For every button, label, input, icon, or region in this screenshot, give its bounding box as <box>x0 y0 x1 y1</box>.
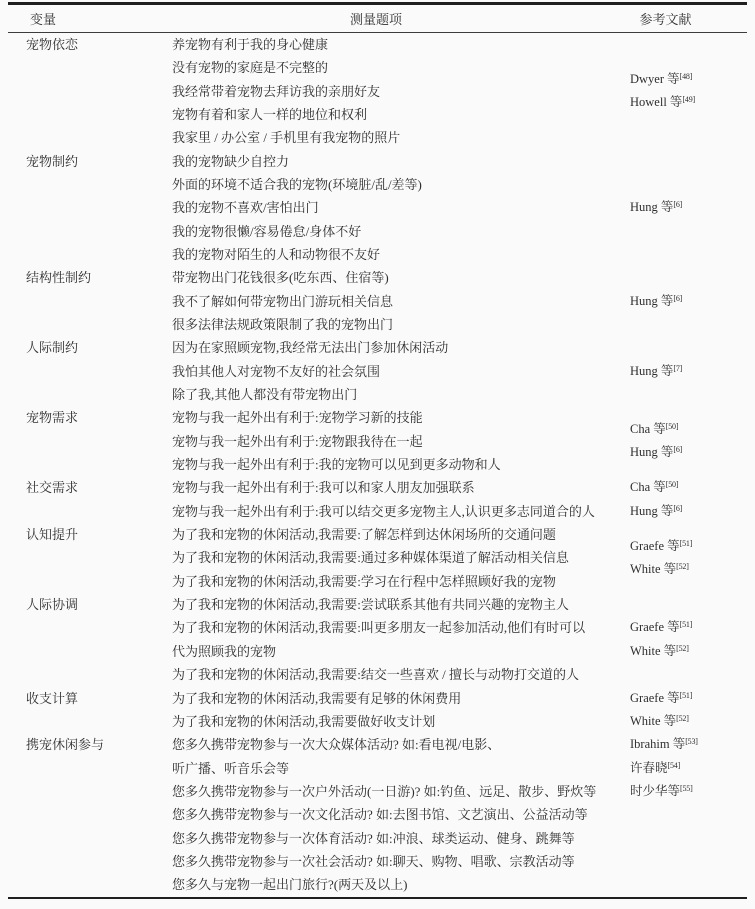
reference-author: Howell 等 <box>630 95 682 109</box>
variable-name: 宠物依恋 <box>8 33 172 150</box>
measurement-item: 我的宠物缺少自控力 <box>172 150 630 173</box>
reference-author: Dwyer 等 <box>630 72 680 86</box>
measurement-item: 为了我和宠物的休闲活动,我需要:了解怎样到达休闲场所的交通问题 <box>172 523 630 546</box>
measurement-item: 我不了解如何带宠物出门游玩相关信息 <box>172 290 630 313</box>
measurement-item: 除了我,其他人都没有带宠物出门 <box>172 383 630 406</box>
variable-name: 人际制约 <box>8 336 172 406</box>
measurement-item: 我的宠物不喜欢/害怕出门 <box>172 196 630 219</box>
measurement-item: 为了我和宠物的休闲活动,我需要:叫更多朋友一起参加活动,他们有时可以 <box>172 616 630 639</box>
reference-list: Dwyer 等[48]Howell 等[49] <box>630 33 747 150</box>
reference-citation: Howell 等[49] <box>630 91 747 114</box>
table-group: 收支计算为了我和宠物的休闲活动,我需要有足够的休闲费用为了我和宠物的休闲活动,我… <box>8 687 747 734</box>
reference-superscript: [51] <box>680 539 693 548</box>
item-lines: 养宠物有利于我的身心健康没有宠物的家庭是不完整的我经常带着宠物去拜访我的亲朋好友… <box>172 33 630 150</box>
reference-superscript: [51] <box>680 620 693 629</box>
reference-author: Hung 等 <box>630 294 673 308</box>
header-items: 测量题项 <box>172 9 630 28</box>
measurement-item: 我的宠物很懒/容易倦怠/身体不好 <box>172 220 630 243</box>
reference-superscript: [53] <box>685 737 698 746</box>
reference-author: White 等 <box>630 562 676 576</box>
item-lines: 带宠物出门花钱很多(吃东西、住宿等)我不了解如何带宠物出门游玩相关信息很多法律法… <box>172 266 630 336</box>
variable-name: 人际协调 <box>8 593 172 686</box>
reference-superscript: [50] <box>666 422 679 431</box>
measurement-item: 养宠物有利于我的身心健康 <box>172 33 630 56</box>
table-header-row: 变量 测量题项 参考文献 <box>8 5 747 32</box>
measurement-item: 您多久携带宠物参与一次户外活动(一日游)? 如:钓鱼、远足、散步、野炊等 <box>172 780 630 803</box>
variable-name: 宠物需求 <box>8 406 172 476</box>
variable-name: 结构性制约 <box>8 266 172 336</box>
reference-citation: White 等[52] <box>630 558 747 581</box>
table-group: 携宠休闲参与您多久携带宠物参与一次大众媒体活动? 如:看电视/电影、听广播、听音… <box>8 733 747 896</box>
measurement-item: 宠物与我一起外出有利于:宠物学习新的技能 <box>172 406 630 429</box>
reference-list: Ibrahim 等[53]许春晓[54]时少华等[55] <box>630 733 747 896</box>
measurement-item: 听广播、听音乐会等 <box>172 757 630 780</box>
measurement-item: 您多久携带宠物参与一次体育活动? 如:冲浪、球类运动、健身、跳舞等 <box>172 827 630 850</box>
reference-author: Graefe 等 <box>630 691 680 705</box>
measurement-item: 没有宠物的家庭是不完整的 <box>172 56 630 79</box>
table-group: 社交需求宠物与我一起外出有利于:我可以和家人朋友加强联系宠物与我一起外出有利于:… <box>8 476 747 523</box>
measurement-item: 您多久与宠物一起出门旅行?(两天及以上) <box>172 873 630 896</box>
reference-list: Graefe 等[51]White 等[52] <box>630 523 747 593</box>
reference-citation: Graefe 等[51] <box>630 616 747 639</box>
measurement-table: 变量 测量题项 参考文献 宠物依恋养宠物有利于我的身心健康没有宠物的家庭是不完整… <box>8 2 747 899</box>
variable-name: 宠物制约 <box>8 150 172 267</box>
reference-citation: Hung 等[6] <box>630 290 747 313</box>
item-lines: 为了我和宠物的休闲活动,我需要:了解怎样到达休闲场所的交通问题为了我和宠物的休闲… <box>172 523 630 593</box>
variable-name: 收支计算 <box>8 687 172 734</box>
reference-author: 许春晓 <box>630 761 668 775</box>
reference-citation: Hung 等[6] <box>630 196 747 219</box>
variable-name: 社交需求 <box>8 476 172 523</box>
table-body: 宠物依恋养宠物有利于我的身心健康没有宠物的家庭是不完整的我经常带着宠物去拜访我的… <box>8 33 747 897</box>
reference-author: White 等 <box>630 644 676 658</box>
reference-superscript: [49] <box>682 95 695 104</box>
table-group: 人际协调为了我和宠物的休闲活动,我需要:尝试联系其他有共同兴趣的宠物主人为了我和… <box>8 593 747 686</box>
measurement-item: 我的宠物对陌生的人和动物很不友好 <box>172 243 630 266</box>
measurement-item: 很多法律法规政策限制了我的宠物出门 <box>172 313 630 336</box>
measurement-item: 您多久携带宠物参与一次文化活动? 如:去图书馆、文艺演出、公益活动等 <box>172 803 630 826</box>
measurement-item: 宠物与我一起外出有利于:我可以结交更多宠物主人,认识更多志同道合的人 <box>172 500 630 523</box>
measurement-item: 您多久携带宠物参与一次大众媒体活动? 如:看电视/电影、 <box>172 733 630 756</box>
measurement-item: 为了我和宠物的休闲活动,我需要有足够的休闲费用 <box>172 687 630 710</box>
reference-citation: Graefe 等[51] <box>630 535 747 558</box>
item-lines: 为了我和宠物的休闲活动,我需要有足够的休闲费用为了我和宠物的休闲活动,我需要做好… <box>172 687 630 734</box>
reference-author: Graefe 等 <box>630 620 680 634</box>
reference-list: Graefe 等[51]White 等[52] <box>630 593 747 686</box>
measurement-item: 宠物与我一起外出有利于:我可以和家人朋友加强联系 <box>172 476 630 499</box>
journal-page: 变量 测量题项 参考文献 宠物依恋养宠物有利于我的身心健康没有宠物的家庭是不完整… <box>0 0 755 909</box>
reference-author: White 等 <box>630 714 676 728</box>
item-lines: 您多久携带宠物参与一次大众媒体活动? 如:看电视/电影、听广播、听音乐会等您多久… <box>172 733 630 896</box>
measurement-item: 外面的环境不适合我的宠物(环境脏/乱/差等) <box>172 173 630 196</box>
table-group: 宠物需求宠物与我一起外出有利于:宠物学习新的技能宠物与我一起外出有利于:宠物跟我… <box>8 406 747 476</box>
reference-citation: Hung 等[7] <box>630 360 747 383</box>
item-lines: 我的宠物缺少自控力外面的环境不适合我的宠物(环境脏/乱/差等)我的宠物不喜欢/害… <box>172 150 630 267</box>
reference-citation: 许春晓[54] <box>630 757 747 780</box>
reference-citation: 时少华等[55] <box>630 780 747 803</box>
measurement-item: 为了我和宠物的休闲活动,我需要:结交一些喜欢 / 擅长与动物打交道的人 <box>172 663 630 686</box>
measurement-item: 我家里 / 办公室 / 手机里有我宠物的照片 <box>172 126 630 149</box>
item-lines: 因为在家照顾宠物,我经常无法出门参加休闲活动我怕其他人对宠物不友好的社会氛围除了… <box>172 336 630 406</box>
measurement-item: 因为在家照顾宠物,我经常无法出门参加休闲活动 <box>172 336 630 359</box>
measurement-item: 我经常带着宠物去拜访我的亲朋好友 <box>172 80 630 103</box>
variable-name: 携宠休闲参与 <box>8 733 172 896</box>
table-group: 宠物依恋养宠物有利于我的身心健康没有宠物的家庭是不完整的我经常带着宠物去拜访我的… <box>8 33 747 150</box>
variable-name: 认知提升 <box>8 523 172 593</box>
reference-superscript: [50] <box>666 480 679 489</box>
item-lines: 为了我和宠物的休闲活动,我需要:尝试联系其他有共同兴趣的宠物主人为了我和宠物的休… <box>172 593 630 686</box>
reference-superscript: [6] <box>673 294 682 303</box>
reference-citation: Graefe 等[51] <box>630 687 747 710</box>
reference-list: Cha 等[50]Hung 等[6] <box>630 476 747 523</box>
table-group: 结构性制约带宠物出门花钱很多(吃东西、住宿等)我不了解如何带宠物出门游玩相关信息… <box>8 266 747 336</box>
reference-author: Cha 等 <box>630 422 666 436</box>
measurement-item: 代为照顾我的宠物 <box>172 640 630 663</box>
reference-superscript: [52] <box>676 644 689 653</box>
header-references: 参考文献 <box>630 9 747 28</box>
measurement-item: 宠物有着和家人一样的地位和权利 <box>172 103 630 126</box>
reference-citation: Ibrahim 等[53] <box>630 733 747 756</box>
reference-superscript: [6] <box>673 200 682 209</box>
reference-superscript: [7] <box>673 364 682 373</box>
item-lines: 宠物与我一起外出有利于:宠物学习新的技能宠物与我一起外出有利于:宠物跟我待在一起… <box>172 406 630 476</box>
reference-author: Hung 等 <box>630 445 673 459</box>
reference-citation: White 等[52] <box>630 710 747 733</box>
reference-author: Graefe 等 <box>630 539 680 553</box>
reference-citation: Hung 等[6] <box>630 500 747 523</box>
reference-list: Cha 等[50]Hung 等[6] <box>630 406 747 476</box>
reference-citation: Hung 等[6] <box>630 441 747 464</box>
reference-author: Hung 等 <box>630 200 673 214</box>
reference-author: Hung 等 <box>630 504 673 518</box>
table-bottom-rule <box>8 897 747 900</box>
reference-superscript: [55] <box>680 784 693 793</box>
reference-author: Cha 等 <box>630 480 666 494</box>
reference-citation: Cha 等[50] <box>630 418 747 441</box>
reference-citation: White 等[52] <box>630 640 747 663</box>
reference-superscript: [52] <box>676 562 689 571</box>
item-lines: 宠物与我一起外出有利于:我可以和家人朋友加强联系宠物与我一起外出有利于:我可以结… <box>172 476 630 523</box>
reference-list: Hung 等[7] <box>630 336 747 406</box>
table-group: 认知提升为了我和宠物的休闲活动,我需要:了解怎样到达休闲场所的交通问题为了我和宠… <box>8 523 747 593</box>
measurement-item: 为了我和宠物的休闲活动,我需要:通过多种媒体渠道了解活动相关信息 <box>172 546 630 569</box>
reference-list: Graefe 等[51]White 等[52] <box>630 687 747 734</box>
reference-superscript: [54] <box>668 761 681 770</box>
reference-superscript: [6] <box>673 445 682 454</box>
reference-citation: Cha 等[50] <box>630 476 747 499</box>
reference-author: Hung 等 <box>630 364 673 378</box>
table-group: 人际制约因为在家照顾宠物,我经常无法出门参加休闲活动我怕其他人对宠物不友好的社会… <box>8 336 747 406</box>
reference-list: Hung 等[6] <box>630 150 747 267</box>
header-variable: 变量 <box>8 9 172 28</box>
reference-superscript: [52] <box>676 714 689 723</box>
reference-citation: Dwyer 等[48] <box>630 68 747 91</box>
reference-list: Hung 等[6] <box>630 266 747 336</box>
table-group: 宠物制约我的宠物缺少自控力外面的环境不适合我的宠物(环境脏/乱/差等)我的宠物不… <box>8 150 747 267</box>
reference-author: Ibrahim 等 <box>630 737 685 751</box>
measurement-item: 我怕其他人对宠物不友好的社会氛围 <box>172 360 630 383</box>
measurement-item: 宠物与我一起外出有利于:我的宠物可以见到更多动物和人 <box>172 453 630 476</box>
reference-superscript: [48] <box>680 72 693 81</box>
measurement-item: 为了我和宠物的休闲活动,我需要做好收支计划 <box>172 710 630 733</box>
reference-author: 时少华等 <box>630 784 680 798</box>
measurement-item: 为了我和宠物的休闲活动,我需要:学习在行程中怎样照顾好我的宠物 <box>172 570 630 593</box>
measurement-item: 您多久携带宠物参与一次社会活动? 如:聊天、购物、唱歌、宗教活动等 <box>172 850 630 873</box>
measurement-item: 宠物与我一起外出有利于:宠物跟我待在一起 <box>172 430 630 453</box>
measurement-item: 为了我和宠物的休闲活动,我需要:尝试联系其他有共同兴趣的宠物主人 <box>172 593 630 616</box>
reference-superscript: [51] <box>680 691 693 700</box>
reference-superscript: [6] <box>673 504 682 513</box>
measurement-item: 带宠物出门花钱很多(吃东西、住宿等) <box>172 266 630 289</box>
